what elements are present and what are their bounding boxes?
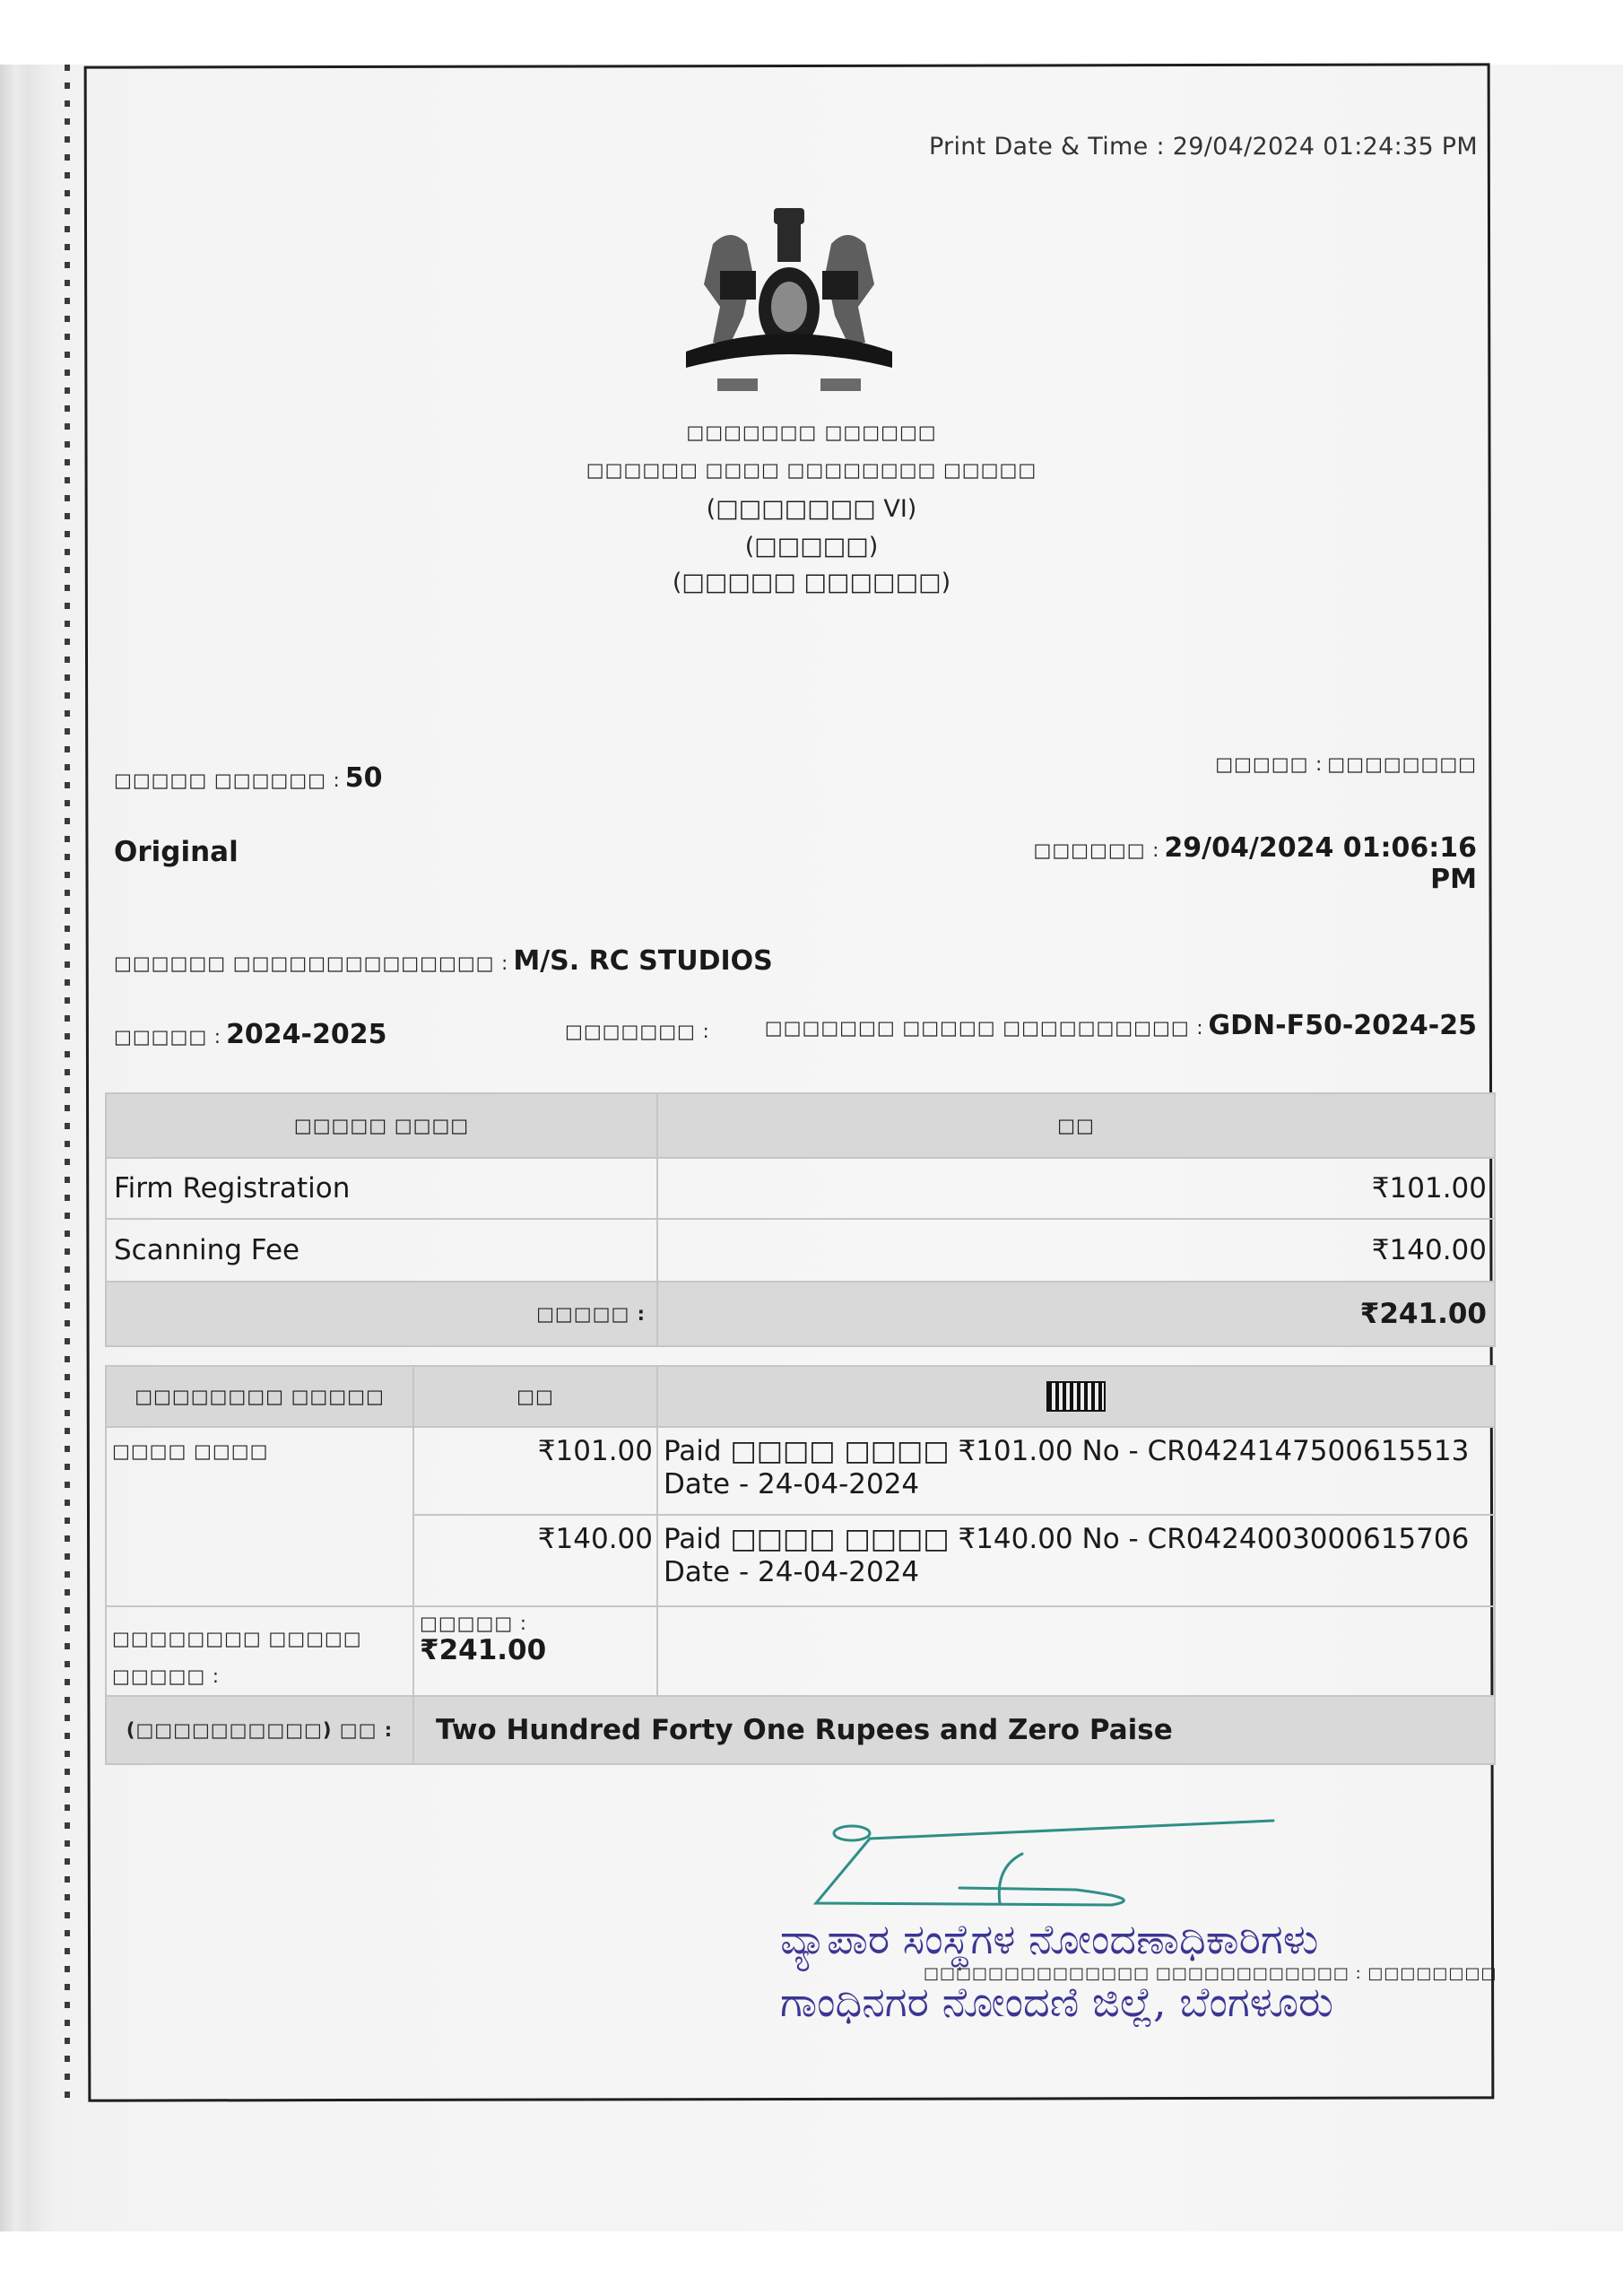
office-title: □□□□□□□ □□□□□□ — [0, 422, 1623, 443]
registration-date-value: 29/04/2024 01:06:16 — [1164, 832, 1477, 864]
payment-total-value: ₹241.00 — [420, 1634, 546, 1666]
fee-col-description: □□□□□ □□□□ — [106, 1093, 657, 1158]
print-date-time: Print Date & Time : 29/04/2024 01:24:35 … — [929, 133, 1478, 161]
fee-total-row: □□□□□ : ₹241.00 — [106, 1282, 1495, 1346]
payment-total-row: □□□□□□□□ □□□□□ □□□□□ : □□□□□ : ₹241.00 — [106, 1606, 1495, 1696]
fee-table: □□□□□ □□□□ □□ Firm Registration ₹101.00 … — [105, 1092, 1496, 1347]
table-row: Firm Registration ₹101.00 — [106, 1158, 1495, 1219]
payment-table: □□□□□□□□ □□□□□ □□ □□□□ □□□□ ₹101.00 Paid… — [105, 1365, 1496, 1765]
copy-type: Original — [114, 836, 239, 868]
payment-col-amount: □□ — [413, 1366, 657, 1427]
perforation-edge — [65, 65, 70, 2109]
office-line-3: (□□□□□□□ VI) — [0, 495, 1623, 523]
top-right-field: □□□□□ : □□□□□□□□ — [1215, 753, 1477, 775]
registrar-stamp-line-2: ಗಾಂಧಿನಗರ ನೋಂದಣಿ ಜಿಲ್ಲೆ, ಬೆಂಗಳೂರು — [780, 1978, 1333, 2028]
office-line-5: (□□□□□ □□□□□□) — [0, 569, 1623, 596]
form-number-value: 50 — [345, 762, 383, 794]
office-line-4: (□□□□□) — [0, 533, 1623, 561]
amount-in-words-label: (□□□□□□□□□□) □□ : — [126, 1719, 393, 1741]
payment-mode-label: □□□□ □□□□ — [112, 1440, 268, 1462]
payment-details: Paid □□□□ □□□□ ₹140.00 No - CR0424003000… — [657, 1515, 1495, 1606]
financial-year-value: 2024-2025 — [226, 1019, 386, 1050]
fee-total-label: □□□□□ : — [536, 1303, 646, 1325]
reference-number-label: □□□□□□□ □□□□□ □□□□□□□□□□ : — [765, 1017, 1204, 1039]
financial-year-label: □□□□□ : — [114, 1026, 221, 1048]
registration-date-label: □□□□□□ : — [1034, 839, 1160, 861]
barcode-glyph-icon — [1046, 1381, 1106, 1412]
payment-details: Paid □□□□ □□□□ ₹101.00 No - CR0424147500… — [657, 1427, 1495, 1515]
reference-number-value: GDN-F50-2024-25 — [1209, 1010, 1477, 1041]
table-row: □□□□ □□□□ ₹101.00 Paid □□□□ □□□□ ₹101.00… — [106, 1427, 1495, 1515]
blank-field-label: □□□□□□□ : — [565, 1021, 710, 1042]
registration-date-field: □□□□□□ : 29/04/2024 01:06:16 PM — [1034, 832, 1478, 895]
registrar-stamp-line-1: ವ್ಯಾಪಾರ ಸಂಸ್ಥೆಗಳ ನೋಂದಣಾಧಿಕಾರಿಗಳು — [780, 1915, 1318, 1965]
reference-number-field: □□□□□□□ □□□□□ □□□□□□□□□□ : GDN-F50-2024-… — [765, 1010, 1477, 1041]
print-date-label: Print Date & Time — [929, 133, 1149, 161]
form-number-label: □□□□□ □□□□□□ : — [114, 770, 341, 791]
signature-icon — [807, 1805, 1309, 1912]
firm-name-label: □□□□□□ □□□□□□□□□□□□□□ : — [114, 952, 508, 974]
karnataka-state-emblem-icon — [677, 208, 901, 401]
amount-in-words-value: Two Hundred Forty One Rupees and Zero Pa… — [413, 1696, 1495, 1764]
firm-name-field: □□□□□□ □□□□□□□□□□□□□□ : M/S. RC STUDIOS — [114, 945, 773, 977]
fee-col-amount: □□ — [657, 1093, 1495, 1158]
table-row: Scanning Fee ₹140.00 — [106, 1219, 1495, 1282]
financial-year-field: □□□□□ : 2024-2025 — [114, 1019, 387, 1050]
office-subtitle: □□□□□□ □□□□ □□□□□□□□ □□□□□ — [0, 459, 1623, 481]
payment-table-header: □□□□□□□□ □□□□□ □□ — [106, 1366, 1495, 1427]
firm-name-value: M/S. RC STUDIOS — [513, 945, 772, 977]
fee-total-value: ₹241.00 — [657, 1282, 1495, 1346]
amount-in-words-row: (□□□□□□□□□□) □□ : Two Hundred Forty One … — [106, 1696, 1495, 1764]
form-number-field: □□□□□ □□□□□□ : 50 — [114, 762, 383, 794]
fee-table-header: □□□□□ □□□□ □□ — [106, 1093, 1495, 1158]
payment-col-mode: □□□□□□□□ □□□□□ — [106, 1366, 413, 1427]
print-date-value: 29/04/2024 01:24:35 PM — [1173, 133, 1478, 161]
